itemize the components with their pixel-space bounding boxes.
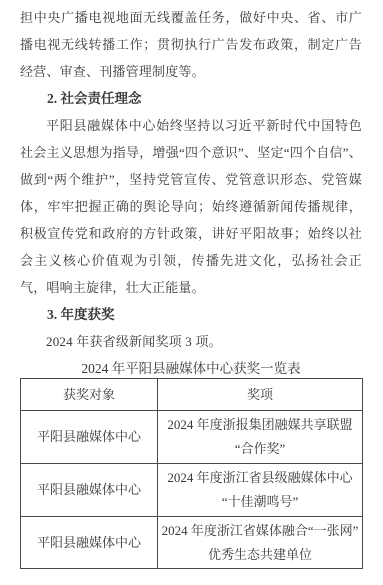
award-line: 2024 年度浙江省媒体融合“一张网”: [158, 519, 362, 543]
section-3-heading: 3. 年度获奖: [20, 301, 362, 328]
award-line: “合作奖”: [158, 437, 362, 461]
recipient-cell: 平阳县融媒体中心: [21, 464, 158, 517]
header-cell-award: 奖项: [158, 379, 363, 411]
section-2-heading: 2. 社会责任理念: [20, 85, 362, 112]
section-3-paragraph: 2024 年获省级新闻奖项 3 项。: [20, 328, 362, 355]
recipient-cell: 平阳县融媒体中心: [21, 411, 158, 464]
table-row: 平阳县融媒体中心 2024 年度浙报集团融媒共享联盟 “合作奖”: [21, 411, 363, 464]
section-2-paragraph: 平阳县融媒体中心始终坚持以习近平新时代中国特色社会主义思想为指导，增强“四个意识…: [20, 112, 362, 301]
table-row: 平阳县融媒体中心 2024 年度浙江省媒体融合“一张网” 优秀生态共建单位: [21, 517, 363, 569]
award-line: “十佳潮鸣号”: [158, 490, 362, 514]
table-row: 平阳县融媒体中心 2024 年度浙江省县级融媒体中心 “十佳潮鸣号”: [21, 464, 363, 517]
award-line: 2024 年度浙报集团融媒共享联盟: [158, 413, 362, 437]
award-line: 2024 年度浙江省县级融媒体中心: [158, 466, 362, 490]
recipient-text: 平阳县融媒体中心: [21, 425, 157, 449]
award-line: 优秀生态共建单位: [158, 543, 362, 567]
awards-table: 获奖对象 奖项 平阳县融媒体中心 2024 年度浙报集团融媒共享联盟 “合作奖”: [20, 378, 363, 569]
paragraph-continued: 担中央广播电视地面无线覆盖任务，做好中央、省、市广播电视无线转播工作；贯彻执行广…: [20, 4, 362, 85]
header-cell-recipient: 获奖对象: [21, 379, 158, 411]
document-page: 担中央广播电视地面无线覆盖任务，做好中央、省、市广播电视无线转播工作；贯彻执行广…: [0, 0, 383, 585]
award-cell: 2024 年度浙江省县级融媒体中心 “十佳潮鸣号”: [158, 464, 363, 517]
header-award-label: 奖项: [158, 383, 362, 407]
recipient-cell: 平阳县融媒体中心: [21, 517, 158, 569]
award-cell: 2024 年度浙江省媒体融合“一张网” 优秀生态共建单位: [158, 517, 363, 569]
table-header-row: 获奖对象 奖项: [21, 379, 363, 411]
award-cell: 2024 年度浙报集团融媒共享联盟 “合作奖”: [158, 411, 363, 464]
recipient-text: 平阳县融媒体中心: [21, 478, 157, 502]
header-recipient-label: 获奖对象: [21, 383, 157, 407]
recipient-text: 平阳县融媒体中心: [21, 531, 157, 555]
page-content: 担中央广播电视地面无线覆盖任务，做好中央、省、市广播电视无线转播工作；贯彻执行广…: [20, 4, 362, 569]
